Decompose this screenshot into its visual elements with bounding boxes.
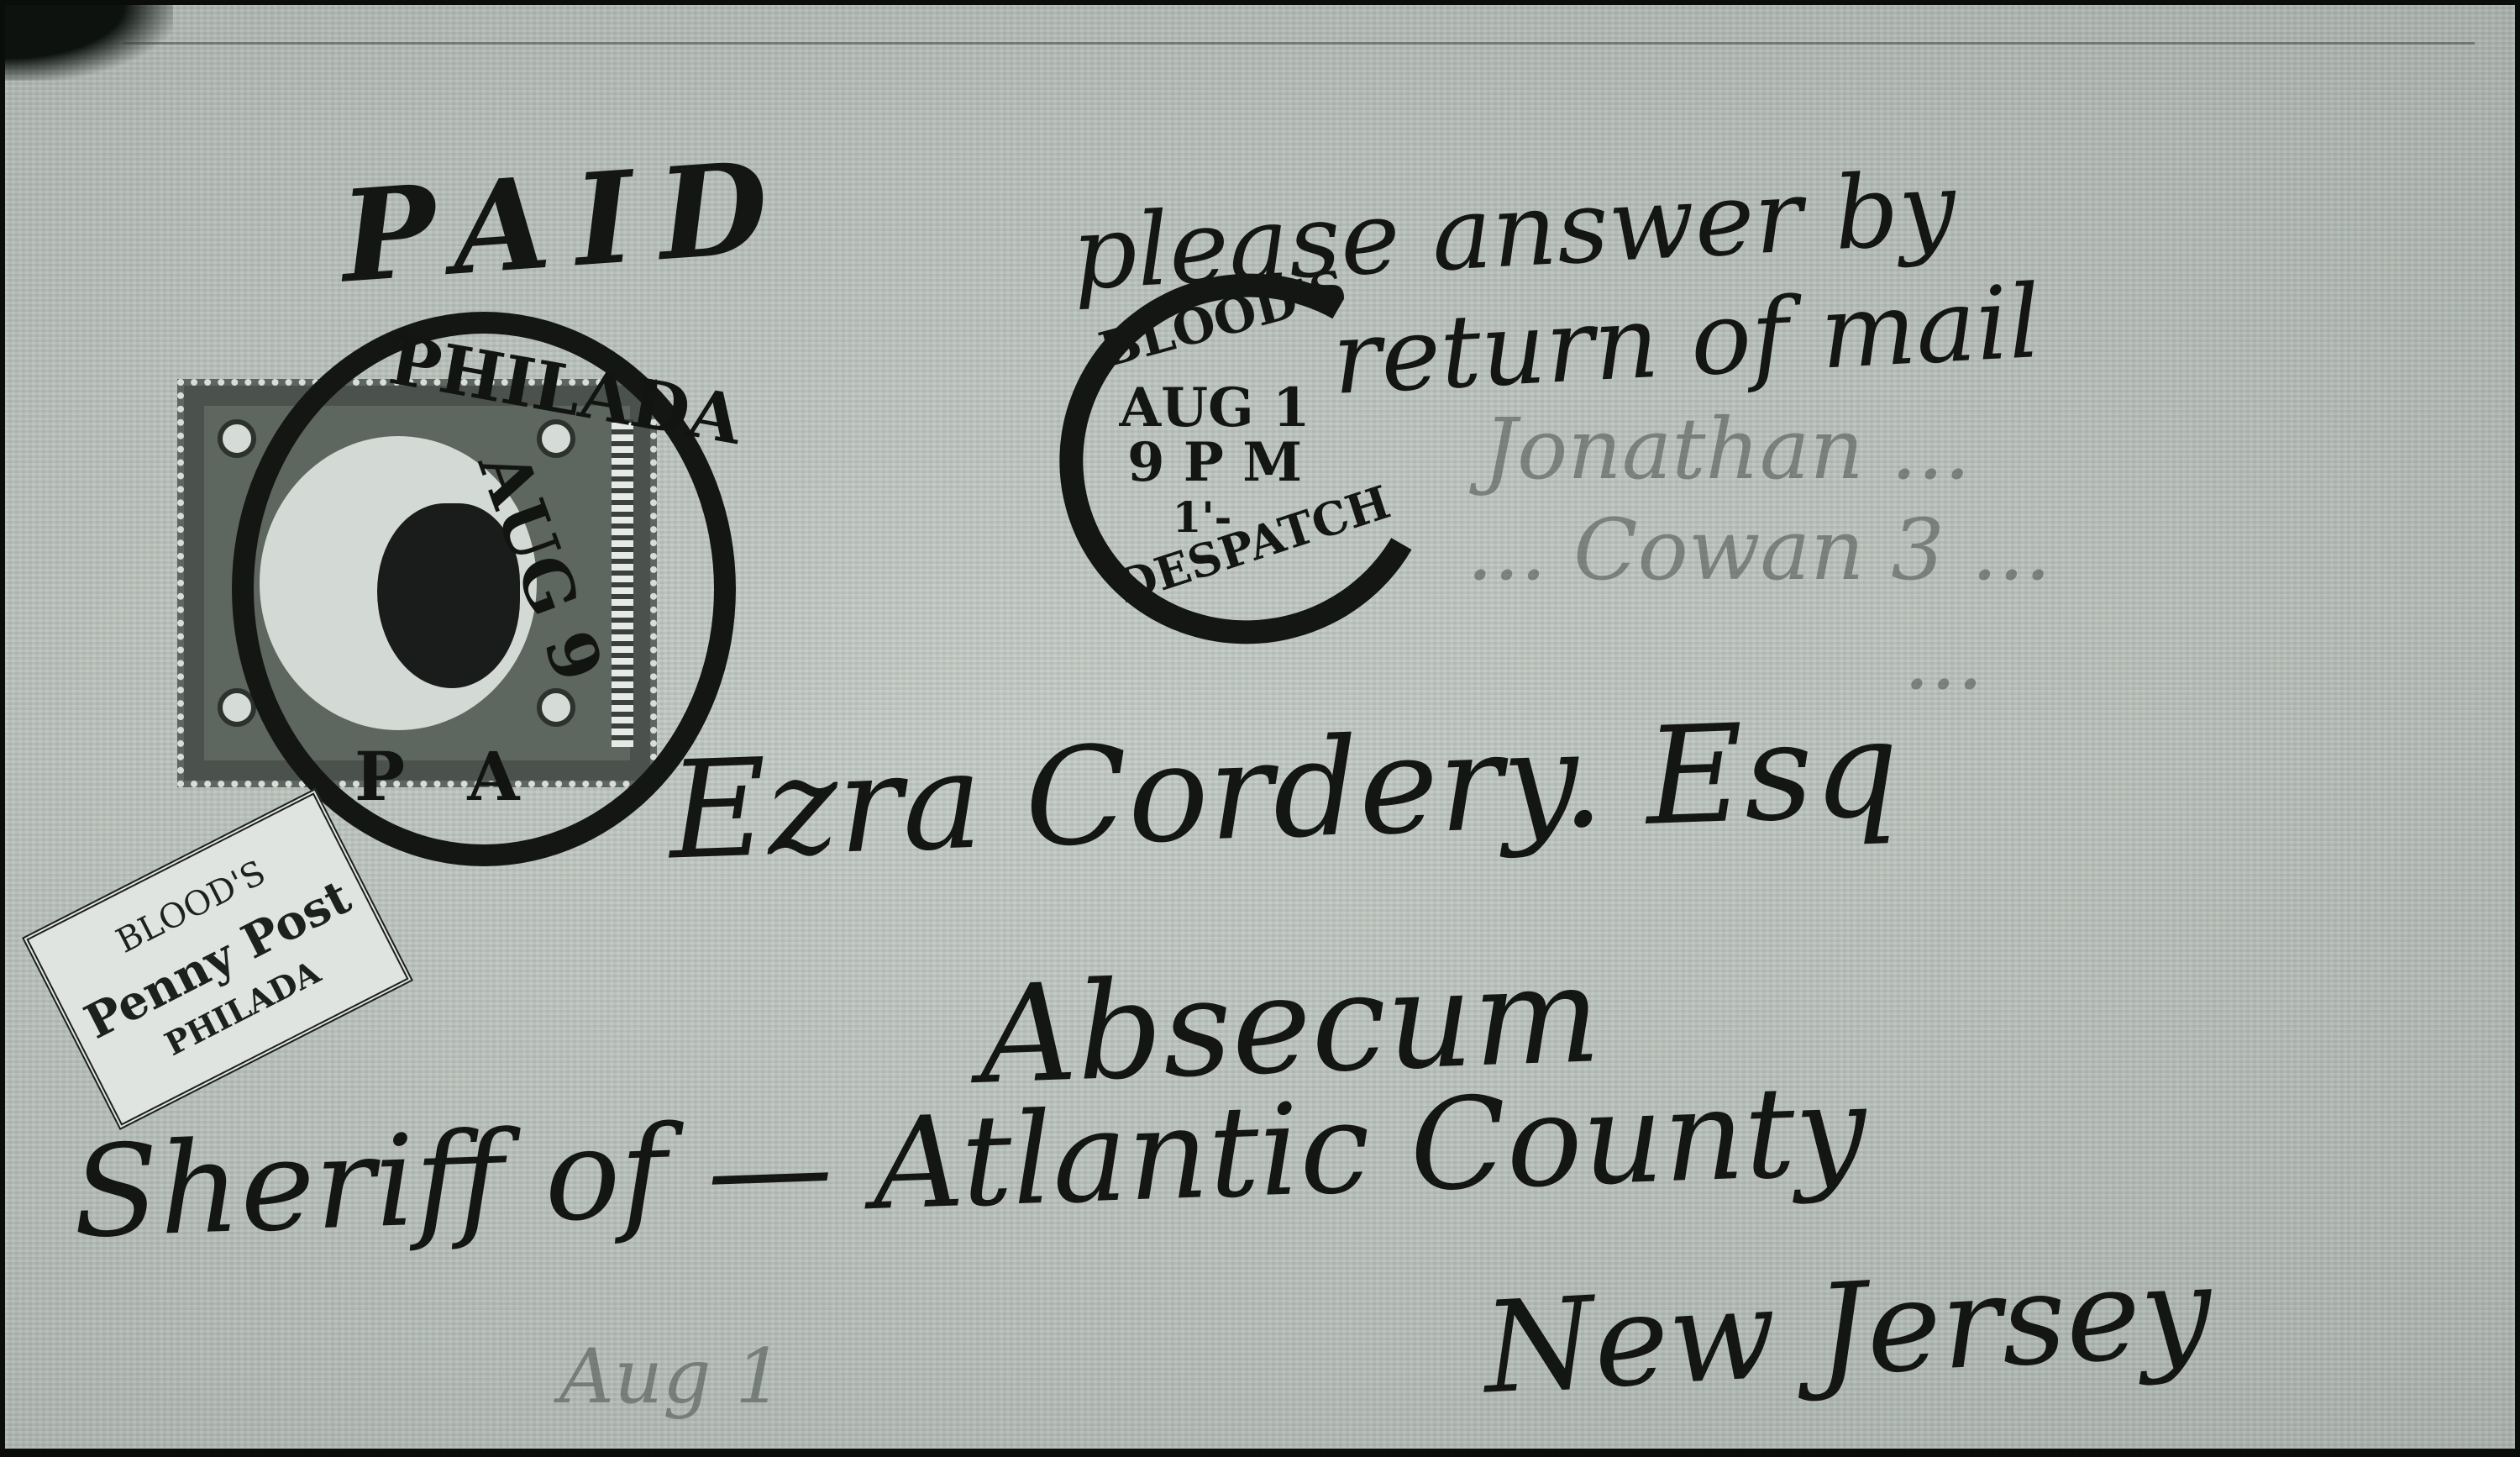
rosette-icon <box>218 419 256 458</box>
addressee-name: Ezra Cordery. Esq <box>666 689 1901 889</box>
pencil-note-line-3: ... <box>1903 610 1983 708</box>
addressee-state: New Jersey <box>1480 1238 2215 1422</box>
paid-handstamp: PAID <box>337 132 798 311</box>
bottom-pencil-note: Aug 1 <box>559 1333 783 1421</box>
pencil-note-line-2: ... Cowan 3 ... <box>1467 501 2051 599</box>
envelope-cover: PAID please answer by return of mail Jon… <box>5 5 2515 1449</box>
pencil-note-line-1: Jonathan ... <box>1483 400 1971 498</box>
bloods-penny-post-label: BLOOD'S Penny Post PHILADA <box>22 788 413 1130</box>
addressee-county: Sheriff of — Atlantic County <box>71 1058 1869 1266</box>
circular-postmark-icon: PHILADA AUG 9 PA <box>232 312 736 866</box>
postmark-state: PA <box>354 737 586 816</box>
envelope-crease <box>123 42 2475 45</box>
datestamp-date: AUG 1 <box>1110 383 1320 434</box>
postmark-date: AUG 9 <box>463 441 618 692</box>
datestamp-time: 9 P M <box>1110 438 1320 488</box>
postmark-city: PHILADA <box>384 320 748 460</box>
photo-frame: PAID please answer by return of mail Jon… <box>0 0 2520 1457</box>
